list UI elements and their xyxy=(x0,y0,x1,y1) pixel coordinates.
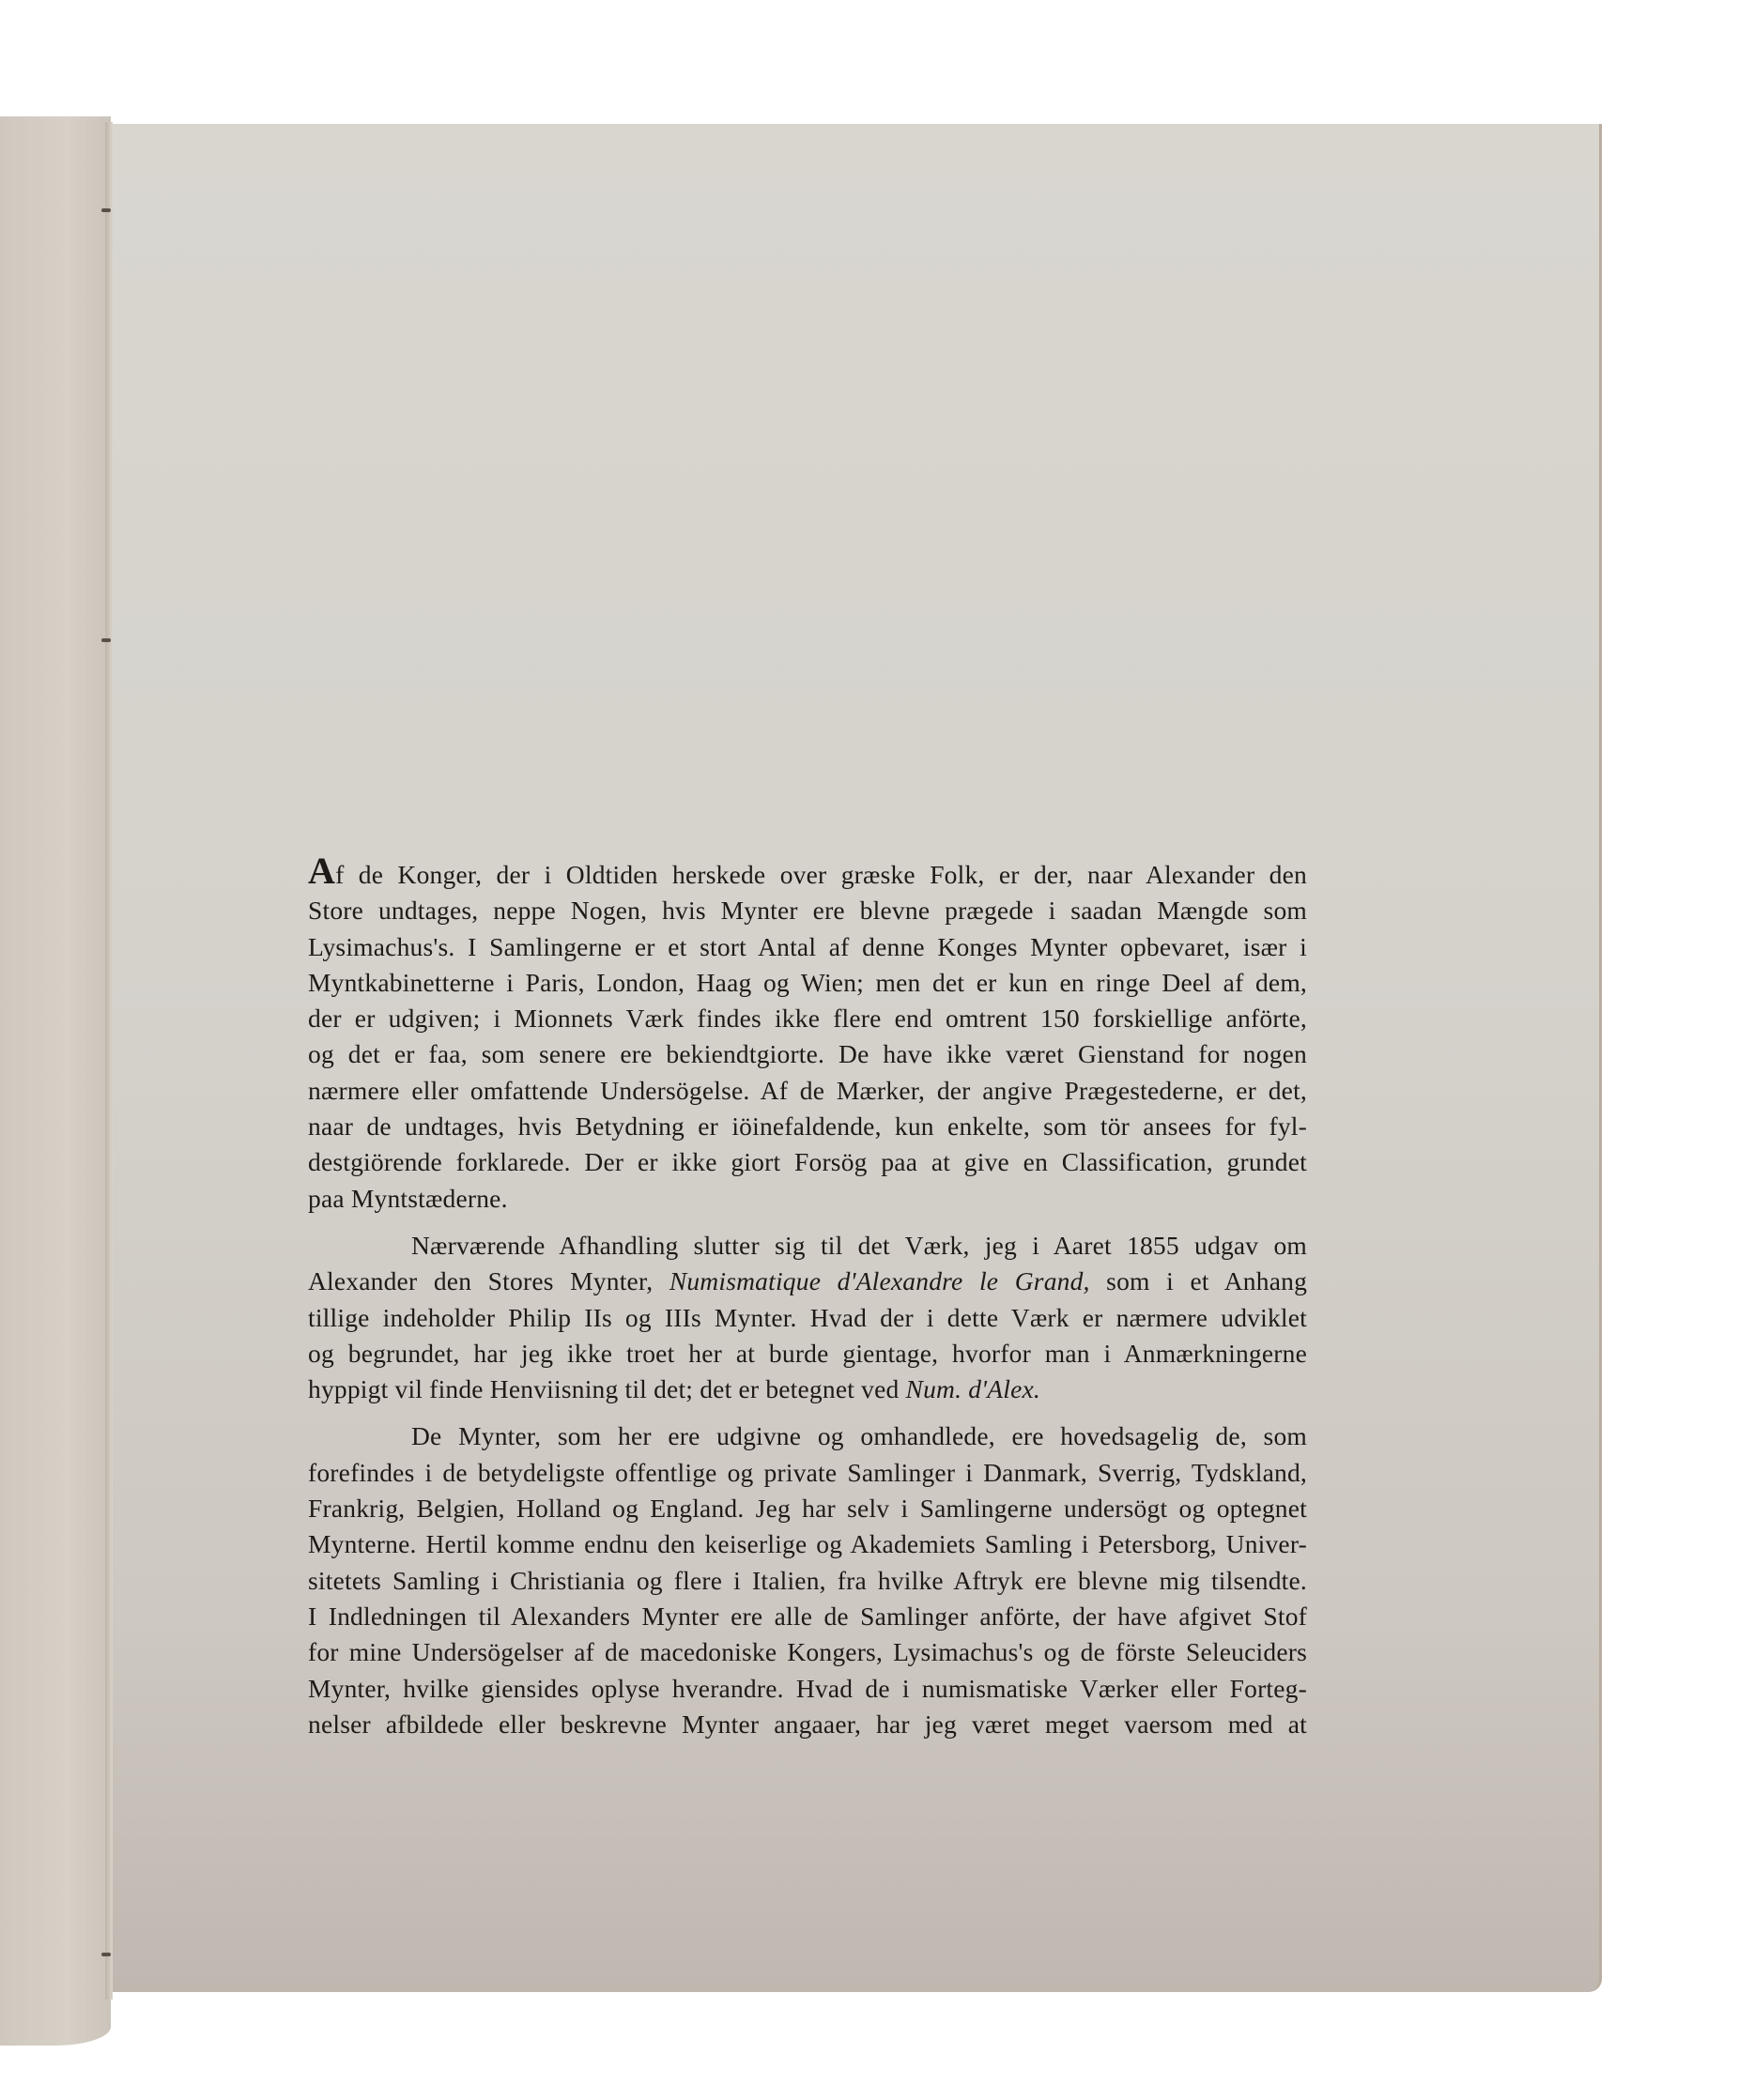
book-gutter xyxy=(105,122,113,2000)
text-line: Frankrig, Belgien, Holland og England. J… xyxy=(308,1491,1307,1526)
binding-stitch xyxy=(101,208,111,212)
text-line: Myntkabinetterne i Paris, London, Haag o… xyxy=(308,965,1307,1001)
text-line: og det er faa, som senere ere bekiendtgi… xyxy=(308,1036,1307,1072)
italic-title: Numismatique d'Alexandre le Grand, xyxy=(669,1266,1090,1295)
paragraph-1: Af de Konger, der i Oldtiden herskede ov… xyxy=(308,852,1307,1217)
text-line: I Indledningen til Alexanders Mynter ere… xyxy=(308,1599,1307,1634)
text-line: paa Myntstæderne. xyxy=(308,1181,1307,1217)
text-line: Nærværende Afhandling slutter sig til de… xyxy=(308,1228,1307,1264)
text-line: tillige indeholder Philip IIs og IIIs My… xyxy=(308,1300,1307,1336)
text-line: der er udgiven; i Mionnets Værk findes i… xyxy=(308,1001,1307,1036)
text-line: Lysimachus's. I Samlingerne er et stort … xyxy=(308,929,1307,965)
text-line: De Mynter, som her ere udgivne og omhand… xyxy=(308,1418,1307,1454)
text-line: destgiörende forklarede. Der er ikke gio… xyxy=(308,1144,1307,1180)
text-line: og begrundet, har jeg ikke troet her at … xyxy=(308,1336,1307,1372)
text-line: naar de undtages, hvis Betydning er iöin… xyxy=(308,1109,1307,1144)
text-line: nelser afbildede eller beskrevne Mynter … xyxy=(308,1707,1307,1742)
left-page-edge xyxy=(0,116,111,2046)
binding-stitch xyxy=(101,638,111,642)
text-line: for mine Undersögelser af de macedoniske… xyxy=(308,1634,1307,1670)
text-line: forefindes i de betydeligste offentlige … xyxy=(308,1455,1307,1491)
text-line: nærmere eller omfattende Undersögelse. A… xyxy=(308,1073,1307,1109)
text-line: Mynterne. Hertil komme endnu den keiserl… xyxy=(308,1526,1307,1562)
drop-cap: A xyxy=(308,850,335,892)
text-line: sitetets Samling i Christiania og flere … xyxy=(308,1563,1307,1599)
text-line: hyppigt vil finde Henviisning til det; d… xyxy=(308,1372,1307,1407)
page-body-text: Af de Konger, der i Oldtiden herskede ov… xyxy=(308,852,1307,1742)
text-line: Mynter, hvilke giensides oplyse hverandr… xyxy=(308,1671,1307,1707)
text-line: Alexander den Stores Mynter, Numismatiqu… xyxy=(308,1264,1307,1299)
text-line: Store undtages, neppe Nogen, hvis Mynter… xyxy=(308,893,1307,928)
paragraph-3: De Mynter, som her ere udgivne og omhand… xyxy=(308,1418,1307,1742)
paragraph-2: Nærværende Afhandling slutter sig til de… xyxy=(308,1228,1307,1407)
italic-abbreviation: Num. d'Alex. xyxy=(906,1374,1040,1403)
binding-stitch xyxy=(101,1953,111,1956)
